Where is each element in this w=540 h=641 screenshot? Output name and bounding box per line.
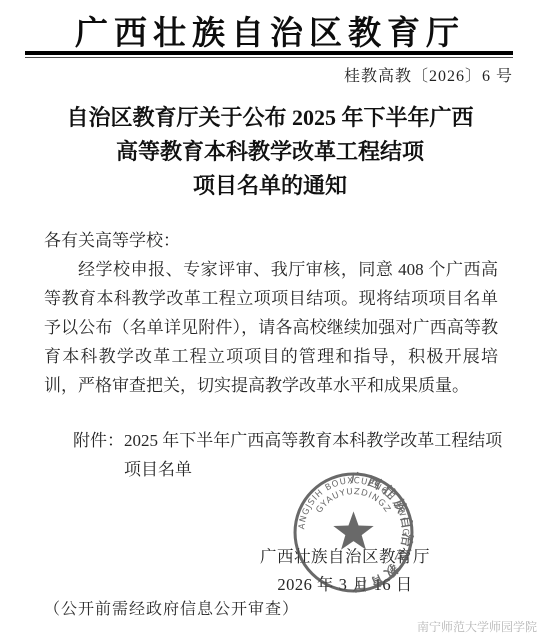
doc-title-line-3: 项目名单的通知 — [0, 169, 540, 203]
document-body: 各有关高等学校： 经学校申报、专家评审、我厅审核，同意 408 个广西高等教育本… — [44, 226, 498, 400]
attachment-line-1: 附件：2025 年下半年广西高等教育本科教学改革工程结项 — [73, 426, 513, 455]
official-seal: GVANGJSIH BOUXCUENGH SWCIGH GYAUYUZDINGZ… — [290, 469, 417, 596]
attachment-text: 2025 年下半年广西高等教育本科教学改革工程结项 — [124, 431, 502, 450]
header-rule — [25, 51, 513, 58]
footer-note: （公开前需经政府信息公开审查） — [44, 596, 299, 619]
doc-title-line-2: 高等教育本科教学改革工程结项 — [0, 135, 540, 169]
attachment-label: 附件： — [73, 431, 124, 450]
doc-title: 自治区教育厅关于公布 2025 年下半年广西 高等教育本科教学改革工程结项 项目… — [0, 101, 540, 203]
watermark: 南宁师范大学师园学院 — [417, 618, 537, 635]
seal-star-icon — [333, 511, 373, 549]
salutation: 各有关高等学校： — [44, 226, 498, 255]
document-page: 广西壮族自治区教育厅 桂教高教〔2026〕6 号 自治区教育厅关于公布 2025… — [0, 0, 540, 641]
doc-title-line-1: 自治区教育厅关于公布 2025 年下半年广西 — [0, 101, 540, 135]
agency-header: 广西壮族自治区教育厅 — [0, 7, 540, 54]
doc-number: 桂教高教〔2026〕6 号 — [344, 63, 513, 86]
body-paragraph: 经学校申报、专家评审、我厅审核，同意 408 个广西高等教育本科教学改革工程立项… — [44, 255, 498, 400]
